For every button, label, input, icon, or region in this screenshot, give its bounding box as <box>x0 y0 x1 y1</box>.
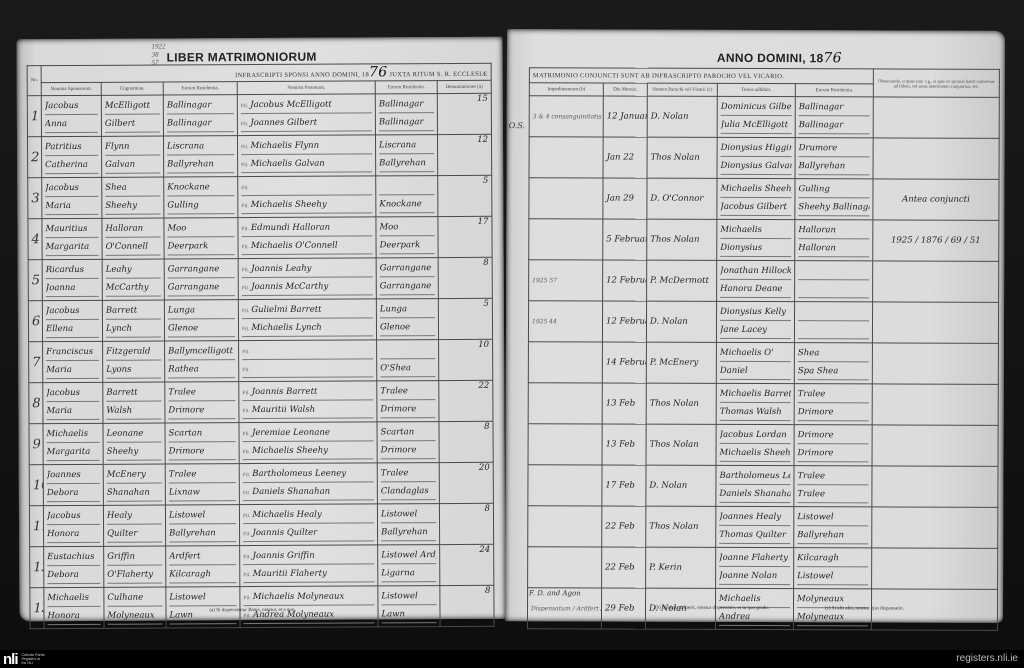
right-page: ANNO DOMINI, 1876 O.S. MATRIMONIO CONJUN… <box>505 29 1005 623</box>
handwritten-entry: Fil.Joannes Gilbert <box>241 115 372 132</box>
fil-label: Fil. <box>243 514 250 519</box>
banns-amount: 12 <box>437 134 491 175</box>
handwritten-entry: Joanne Flaherty <box>719 551 790 567</box>
parent-residence: ListowelBallyrehan <box>377 504 439 545</box>
banns-amount: 22 <box>439 380 493 421</box>
handwritten-entry: Debora <box>47 568 100 584</box>
spouse-surnames: LeonaneSheehy <box>103 423 165 464</box>
entry-text: Honora <box>47 529 79 539</box>
table-row: 1JacobusAnnaMcElligottGilbertBallinagarB… <box>27 93 491 136</box>
entry-text: Moo <box>167 223 186 233</box>
witness-residence <box>795 261 873 302</box>
handwritten-entry: Michaelis <box>47 427 100 443</box>
fil-label: Fil. <box>243 555 250 560</box>
handwritten-entry: Anna <box>45 117 98 133</box>
handwritten-entry: Michaelis <box>47 591 100 607</box>
col-header-residence: Eorum Residentia. <box>163 82 237 95</box>
handwritten-entry: Drimore <box>798 428 869 444</box>
handwritten-entry: Dionysius Higgins <box>721 141 792 157</box>
entry-text: Lunga <box>168 305 195 315</box>
handwritten-entry: Dionysius <box>720 241 791 257</box>
handwritten-entry: Tralee <box>797 469 868 485</box>
witness-residence: SheaSpa Shea <box>794 343 872 384</box>
handwritten-entry: Leonane <box>107 427 162 443</box>
handwritten-entry: Fil.Michaelis Flynn <box>241 138 372 155</box>
entry-text: Joanne Flaherty <box>719 553 788 563</box>
nli-logo-text: Catholic Parish Registers at the NLI <box>22 653 46 665</box>
handwritten-entry: Shea <box>105 181 160 197</box>
handwritten-entry: Fil.Mauritii Flaherty <box>243 566 374 583</box>
entry-text: Halloran <box>798 225 836 235</box>
entry-text: Halloran <box>105 224 143 234</box>
banns-amount: 17 <box>438 216 492 257</box>
entry-text: Debora <box>47 488 79 498</box>
witnesses: Michaelis BarrettThomas Walsh <box>716 383 794 424</box>
entry-text: Ballinagar <box>167 100 212 110</box>
handwritten-entry: Bartholomeus Leeney <box>719 469 790 485</box>
handwritten-entry: Garrangane <box>380 261 435 277</box>
table-row: 10JoannesDeboraMcEneryShanahanTraleeLixn… <box>29 462 493 505</box>
entry-text: Joannes Healy <box>719 512 781 522</box>
entry-text: Deerpark <box>380 240 421 250</box>
handwritten-entry: Maria <box>45 199 98 215</box>
handwritten-entry: Fil.Mauritii Walsh <box>242 402 373 419</box>
spouse-residence: ListowelBallyrehan <box>165 505 239 546</box>
viewer-footer: nli Catholic Parish Registers at the NLI… <box>0 650 1024 668</box>
handwritten-entry: Tralee <box>798 387 869 403</box>
spouse-surnames: BarrettWalsh <box>103 382 165 423</box>
witnesses: Dionysius HigginsDionysius Galvan <box>717 137 795 178</box>
entry-text: Drimore <box>798 448 834 458</box>
priest-name: D. Nolan <box>647 96 717 137</box>
handwritten-entry: Joannes Healy <box>719 510 790 526</box>
handwritten-entry: Knockane <box>379 197 434 213</box>
banns-amount: 8 <box>439 421 493 462</box>
parent-residence: ListowelLawn <box>378 586 440 627</box>
marriage-date: 12 Februarii <box>603 260 647 301</box>
handwritten-entry: Thomas Walsh <box>720 405 791 421</box>
handwritten-entry: Fil.Michaelis Molyneaux <box>243 589 374 606</box>
entry-text: Jacobus Gilbert <box>720 202 787 212</box>
handwritten-entry: Listowel <box>169 508 236 524</box>
register-banner: INFRASCRIPTI SPONSI ANNO DOMINI, 1876 JU… <box>41 63 491 82</box>
spouse-names: PatritiusCatherina <box>41 136 101 177</box>
entry-text: Listowel <box>797 512 833 522</box>
entry-text: Liscrana <box>379 140 416 150</box>
fil-label: Fil. <box>242 268 249 273</box>
entry-text: Garrangane <box>168 282 220 292</box>
handwritten-entry: Drimore <box>168 403 235 419</box>
site-url-link[interactable]: registers.nli.ie <box>956 653 1018 664</box>
handwritten-entry: Jacobus <box>45 99 98 115</box>
handwritten-entry: Glenoe <box>168 321 235 337</box>
col-header-parent-residence: Eorum Residentia. <box>375 81 437 94</box>
handwritten-entry: Ballinagar <box>799 100 870 116</box>
table-row: 5 FebruariiThos NolanMichaelisDionysiusH… <box>529 219 999 262</box>
handwritten-entry: Drumore <box>799 141 870 157</box>
witness-residence: DrumoreBallyrehan <box>795 138 873 179</box>
entry-text: Honora <box>47 611 79 621</box>
handwritten-entry: Lawn <box>381 607 436 623</box>
entry-text: Ballinagar <box>799 120 844 130</box>
entry-text: Walsh <box>106 406 132 416</box>
handwritten-entry: Moo <box>167 221 234 237</box>
entry-text: Shea <box>798 348 819 358</box>
handwritten-entry: Lunga <box>168 303 235 319</box>
entry-text: Gulling <box>167 200 198 210</box>
handwritten-entry: Mauritius <box>45 222 98 238</box>
handwritten-entry: Listowel <box>381 507 436 523</box>
table-row: 9MichaelisMargaritaLeonaneSheehyScartanD… <box>29 421 493 464</box>
entry-text: Listowel <box>797 571 833 581</box>
entry-text: Michaelis O' <box>720 348 774 358</box>
entry-text: Joanne Nolan <box>719 571 777 581</box>
witness-residence: DrimoreDrimore <box>794 425 872 466</box>
spouse-surnames: BarrettLynch <box>102 300 164 341</box>
handwritten-entry: Michaelis Barrett <box>720 387 791 403</box>
handwritten-entry: Sheehy <box>105 199 160 215</box>
handwritten-entry: Gilbert <box>105 117 160 133</box>
bottom-margin-note: F. D. and Agon <box>529 589 581 597</box>
entry-text: Molyneaux <box>797 594 844 604</box>
parent-residence: GarranganeGarrangane <box>376 258 438 299</box>
handwritten-entry: Gulling <box>798 182 869 198</box>
handwritten-entry: Daniel <box>720 364 791 380</box>
handwritten-entry: Culhane <box>107 591 162 607</box>
entry-text: Dionysius Kelly <box>720 307 786 317</box>
entry-text: Joannes <box>47 470 81 480</box>
entry-text: Ballyrehan <box>381 527 428 537</box>
entry-text: Michaelis <box>47 593 89 603</box>
entry-text: Ballinagar <box>799 102 844 112</box>
entry-text: Glenoe <box>168 323 198 333</box>
witnesses: Jacobus LordanMichaelis Sheehy <box>716 424 794 465</box>
parent-residence: LungaGlenoe <box>376 299 438 340</box>
entry-text: Sheehy <box>107 447 139 457</box>
right-table-body: 3 & 4 consanguinitatis12 JanuariiD. Nola… <box>527 96 999 631</box>
entry-text: Ballyrehan <box>797 530 844 540</box>
handwritten-entry: Drimore <box>798 446 869 462</box>
handwritten-entry: Michaelis <box>720 223 791 239</box>
spouse-surnames: SheaSheehy <box>102 177 164 218</box>
fil-label: Fil. <box>243 450 250 455</box>
entry-text: Ballyrehan <box>379 158 426 168</box>
entry-text: Ballinagar <box>379 117 424 127</box>
entry-text: Moo <box>379 222 398 232</box>
handwritten-entry: Deerpark <box>380 238 435 254</box>
marriage-date: 5 Februarii <box>603 219 647 260</box>
handwritten-entry: Fil.Joannis McCarthy <box>242 279 373 296</box>
banner-text: JUXTA RITUM S. R. ECCLESIÆ <box>389 71 487 79</box>
spouse-residence: KnockaneGulling <box>164 177 238 218</box>
handwritten-entry: Dionysius Kelly <box>720 305 791 321</box>
entry-text: Jeremiae Leonane <box>252 428 330 438</box>
observations <box>872 548 998 589</box>
handwritten-entry: McEnery <box>107 468 162 484</box>
col-header-impediment: Impedimentum (b) <box>529 83 603 96</box>
banns-amount: 24 <box>440 544 494 585</box>
table-row: 14 FebruariiP. McEneryMichaelis O'Daniel… <box>528 342 998 385</box>
entry-text: Drimore <box>798 407 834 417</box>
handwritten-entry: Gulling <box>167 198 234 214</box>
handwritten-entry: Drimore <box>381 443 436 459</box>
handwritten-entry: Drimore <box>380 402 435 418</box>
handwritten-entry: Halloran <box>798 223 869 239</box>
spouse-names: MichaelisMargarita <box>43 423 103 464</box>
observations <box>872 384 998 425</box>
handwritten-year: 76 <box>823 50 841 66</box>
fil-label: Fil. <box>242 409 249 414</box>
fil-label: Fil. <box>242 350 249 355</box>
left-table-body: 1JacobusAnnaMcElligottGilbertBallinagarB… <box>27 93 494 628</box>
banns-amount: 15 <box>437 93 491 134</box>
left-page: 1922 38 57 LIBER MATRIMONIORUM No. INFRA… <box>16 37 505 622</box>
handwritten-entry: Ballyrehan <box>381 525 436 541</box>
marriage-date: Jan 22 <box>603 137 647 178</box>
entry-text: Tralee <box>798 389 826 399</box>
handwritten-entry: Glenoe <box>380 320 435 336</box>
entry-text: Knockane <box>379 199 421 209</box>
entry-text: Eustachius <box>47 552 94 562</box>
spouse-residence: TraleeDrimore <box>165 382 239 423</box>
table-row: 12EustachiusDeboraGriffinO'FlahertyArdfe… <box>30 544 494 587</box>
entry-text: Listowel <box>381 509 417 519</box>
handwritten-entry: Fil.Michaelis Lynch <box>242 320 373 337</box>
handwritten-entry: Patritius <box>45 140 98 156</box>
entry-text: Jane Lacey <box>720 325 767 335</box>
entry-text: Michaelis Sheehy <box>720 184 791 194</box>
handwritten-entry: Jane Lacey <box>720 323 791 339</box>
handwritten-entry: McElligott <box>105 99 160 115</box>
entry-number: 1 <box>27 96 41 137</box>
handwritten-entry: Margarita <box>47 445 100 461</box>
entry-text: Griffin <box>107 552 135 562</box>
handwritten-entry: Maria <box>46 363 99 379</box>
entry-text: Lyons <box>106 365 131 375</box>
handwritten-entry: Fil.Michaelis Galvan <box>241 156 372 173</box>
entry-text: Maria <box>46 365 72 375</box>
spouse-residence: ArdfertKilcaragh <box>166 546 240 587</box>
spouse-surnames: CulhaneMolyneaux <box>104 587 166 628</box>
handwritten-entry: Andrea <box>719 610 790 626</box>
handwritten-entry: Fil.Joannis Barrett <box>242 384 373 401</box>
handwritten-entry: Julia McElligott <box>721 118 792 134</box>
witnesses: Jonathan HillockHanora Deane <box>717 260 795 301</box>
handwritten-entry: Rathea <box>168 362 235 378</box>
handwritten-entry: Fil.Joannis Griffin <box>243 548 374 565</box>
entry-text: Andrea <box>719 612 750 622</box>
parent-residence: O'Shea <box>377 340 439 381</box>
entry-text: Dionysius <box>720 243 762 253</box>
entry-text: Joannis Quilter <box>252 528 317 538</box>
entry-text: Jacobus <box>46 388 80 398</box>
handwritten-entry: Jacobus <box>45 181 98 197</box>
witness-residence: TraleeDrimore <box>794 384 872 425</box>
handwritten-entry: Fil.Jeremiae Leonane <box>243 425 374 442</box>
handwritten-entry: Honora <box>47 609 100 625</box>
observations <box>872 302 998 343</box>
priest-name: Thos Nolan <box>646 424 716 465</box>
handwritten-entry: Ligarna <box>381 566 436 582</box>
spouse-names: JoannesDebora <box>43 464 103 505</box>
entry-text: Thomas Walsh <box>720 407 782 417</box>
fil-label: Fil. <box>241 204 248 209</box>
handwritten-entry: Halloran <box>798 241 869 257</box>
handwritten-entry: Scartan <box>381 425 436 441</box>
marriage-date: 14 Februarii <box>602 342 646 383</box>
handwritten-entry: O'Connell <box>106 240 161 256</box>
witnesses: Joannes HealyThomas Quilter <box>716 506 794 547</box>
handwritten-entry: Healy <box>107 509 162 525</box>
handwritten-entry: Tralee <box>168 385 235 401</box>
entry-text: Michaelis Molyneaux <box>253 592 344 602</box>
col-header-witness-residence: Eorum Residentia. <box>795 84 873 97</box>
entry-text: Thomas Quilter <box>719 530 786 540</box>
entry-text: Ballyrehan <box>169 528 216 538</box>
entry-text: McCarthy <box>106 283 149 293</box>
banns-amount: 8 <box>438 257 492 298</box>
handwritten-entry: Fil.Jacobus McElligott <box>241 97 372 114</box>
handwritten-entry: Honora <box>47 527 100 543</box>
fil-label: Fil. <box>243 573 250 578</box>
handwritten-entry: Ellena <box>46 322 99 338</box>
footnote: (a) Si dispensentur Banis, notetur, et a… <box>209 608 295 613</box>
handwritten-year: 76 <box>369 64 388 80</box>
entry-text: Maria <box>45 201 71 211</box>
entry-text: Culhane <box>107 593 143 603</box>
handwritten-entry: Knockane <box>167 180 234 196</box>
marriage-date: Jan 29 <box>603 178 647 219</box>
handwritten-entry: Dionysius Galvan <box>721 159 792 175</box>
entry-text: Listowel <box>169 592 205 602</box>
fil-label: Fil. <box>241 186 248 191</box>
spouse-residence: GarranganeGarrangane <box>164 259 238 300</box>
entry-text: Michaelis Sheehy <box>720 448 791 458</box>
impediment <box>528 547 602 588</box>
handwritten-entry: Drimore <box>169 444 236 460</box>
handwritten-entry <box>379 179 434 195</box>
entry-text: Barrett <box>106 306 137 316</box>
fil-label: Fil. <box>241 145 248 150</box>
witnesses: Dionysius KellyJane Lacey <box>716 301 794 342</box>
entry-text: Jacobus <box>45 183 79 193</box>
handwritten-entry: Joanna <box>46 281 99 297</box>
entry-text: Barrett <box>106 388 137 398</box>
entry-text: Ballyrehan <box>167 159 214 169</box>
entry-text: Joannis McCarthy <box>251 282 328 292</box>
logo-text-line: the NLI <box>22 661 46 665</box>
spouse-surnames: HealyQuilter <box>103 505 165 546</box>
marriage-register-table-left: No. INFRASCRIPTI SPONSI ANNO DOMINI, 187… <box>27 63 495 629</box>
table-row: Jan 22Thos NolanDionysius HigginsDionysi… <box>529 137 999 180</box>
spouse-residence: ScartanDrimore <box>165 423 239 464</box>
spouse-surnames: LeahyMcCarthy <box>102 259 164 300</box>
observations <box>872 343 998 384</box>
witnesses: Dominicus GilbertJulia McElligott <box>717 96 795 137</box>
entry-text: Sheehy <box>105 201 137 211</box>
entry-text: Scartan <box>381 427 415 437</box>
handwritten-entry: Ballyrehan <box>379 156 434 172</box>
entry-text: Liscrana <box>167 141 204 151</box>
parent-names: Fil.Gulielmi BarrettFil.Michaelis Lynch <box>238 299 376 341</box>
handwritten-entry: Listowel <box>797 510 868 526</box>
entry-text: Bartholomeus Leeney <box>719 471 790 481</box>
entry-text: Gulling <box>798 184 829 194</box>
entry-text: Anna <box>45 119 67 129</box>
fil-label: Fil. <box>243 473 250 478</box>
handwritten-entry: Joanne Nolan <box>719 569 790 585</box>
entry-text: Tralee <box>168 387 196 397</box>
witness-residence: TraleeTralee <box>794 466 872 507</box>
parent-residence: ScartanDrimore <box>377 422 439 463</box>
witness-residence: KilcaraghListowel <box>794 548 872 589</box>
table-row: 4MauritiusMargaritaHalloranO'ConnellMooD… <box>28 216 492 259</box>
entry-text: Ballyrehan <box>799 161 846 171</box>
handwritten-entry: Listowel Ardfert <box>381 548 436 564</box>
entry-text: Drimore <box>798 430 834 440</box>
handwritten-entry: Garrangane <box>168 280 235 296</box>
entry-text: Gilbert <box>105 119 135 129</box>
footnote-c: (c) Si alis alio, notetur ejus dispensat… <box>825 606 904 611</box>
spouse-names: RicardusJoanna <box>42 259 102 300</box>
handwritten-entry <box>798 305 869 321</box>
handwritten-entry: Garrangane <box>168 262 235 278</box>
entry-text: Tralee <box>169 469 197 479</box>
handwritten-entry: Listowel <box>381 589 436 605</box>
marriage-register-table-right: MATRIMONIO CONJUNCTI SUNT AB INFRASCRIPT… <box>527 67 1000 631</box>
entry-text: Patritius <box>45 142 82 152</box>
spouse-residence: BallymcelligottRathea <box>165 341 239 382</box>
table-row: 2PatritiusCatherinaFlynnGalvanLiscranaBa… <box>27 134 491 177</box>
handwritten-entry: Fil.Gulielmi Barrett <box>242 302 373 319</box>
spouse-names: MichaelisHonora <box>44 587 104 628</box>
entry-text: Margarita <box>46 242 90 252</box>
impediment <box>528 506 602 547</box>
entry-text: Michaelis <box>47 429 89 439</box>
entry-text: Daniel <box>720 366 748 376</box>
entry-number: 5 <box>28 260 42 301</box>
entry-text: Daniels Shanahan <box>719 489 790 499</box>
handwritten-entry: McCarthy <box>106 281 161 297</box>
handwritten-entry: Jacobus Gilbert <box>720 200 791 216</box>
handwritten-entry: Kilcaragh <box>169 567 236 583</box>
table-row: 5RicardusJoannaLeahyMcCarthyGarranganeGa… <box>28 257 492 300</box>
col-header-surnames: Cognomina. <box>101 82 163 95</box>
table-row: 6JacobusEllenaBarrettLynchLungaGlenoeFil… <box>28 298 492 341</box>
banns-amount: 10 <box>439 339 493 380</box>
parent-names: Fil.Joannis LeahyFil.Joannis McCarthy <box>238 258 376 300</box>
witness-residence: HalloranHalloran <box>795 220 873 261</box>
entry-text: Jacobus Lordan <box>720 430 787 440</box>
entry-text: Michaelis Lynch <box>251 323 321 333</box>
entry-text: O'Flaherty <box>107 570 153 580</box>
entry-text: Dionysius Higgins <box>721 143 792 153</box>
handwritten-entry: Fil.Michaelis Sheehy <box>243 443 374 460</box>
nli-logo[interactable]: nli Catholic Parish Registers at the NLI <box>3 651 45 667</box>
margin-note-line: 38 <box>152 50 166 58</box>
entry-text: Deerpark <box>168 241 209 251</box>
entry-text: Hanora Deane <box>720 284 782 294</box>
entry-text: Listowel <box>169 510 205 520</box>
col-header-date: Die Mensis. <box>603 83 647 96</box>
handwritten-entry: Clandaglas <box>381 484 436 500</box>
entry-text: Drimore <box>169 446 205 456</box>
fil-label: Fil. <box>243 532 250 537</box>
handwritten-entry: Shea <box>798 346 869 362</box>
handwritten-entry: Sheehy Ballinagar <box>798 200 869 216</box>
handwritten-entry: Maria <box>46 404 99 420</box>
table-row: 7FranciscusMariaFitzgeraldLyonsBallymcel… <box>29 339 493 382</box>
